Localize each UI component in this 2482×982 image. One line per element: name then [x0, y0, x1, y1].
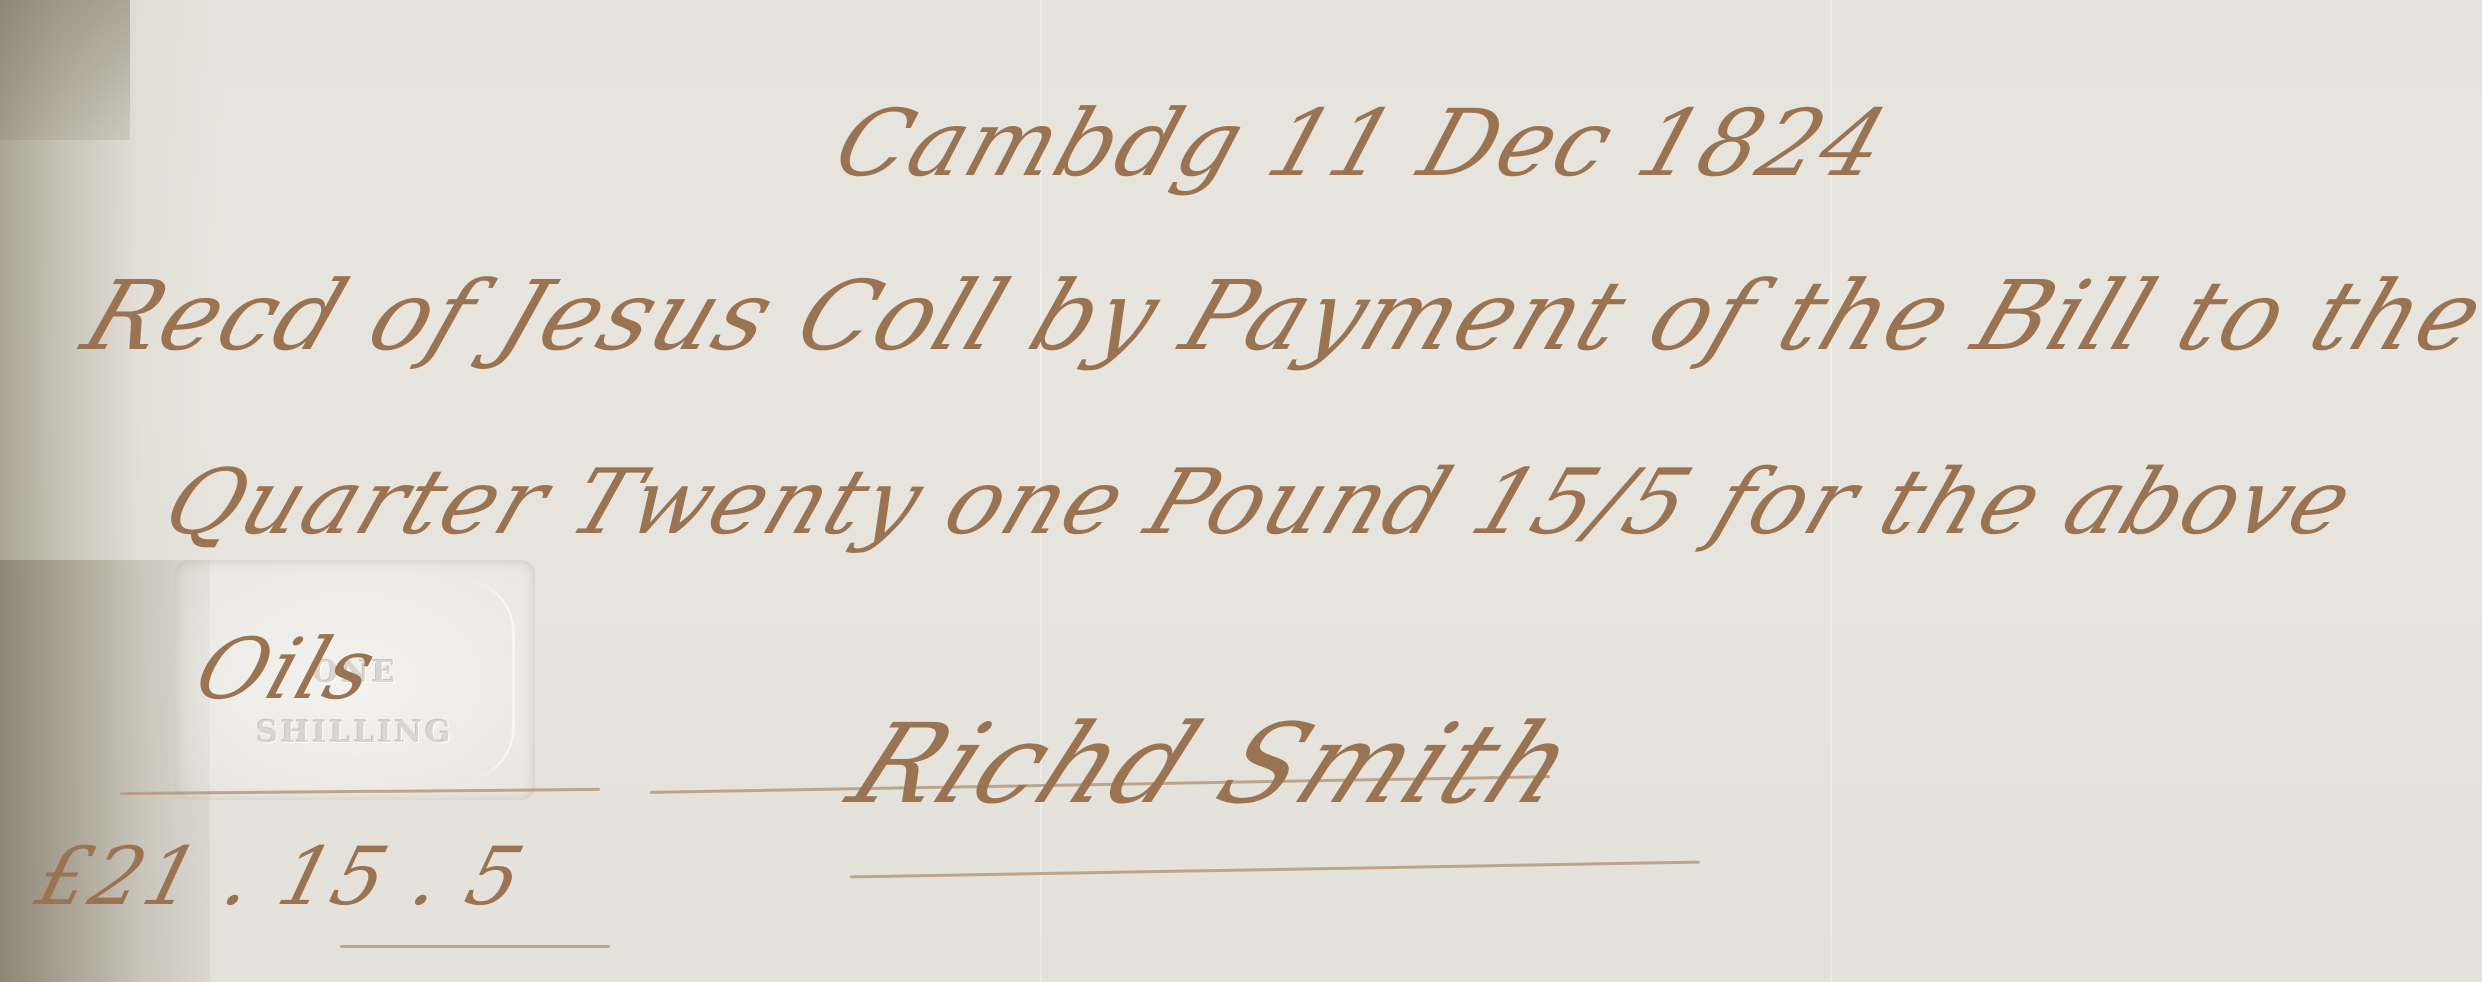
edge-stain-top — [0, 0, 130, 140]
date-line: Cambdg 11 Dec 1824 — [823, 90, 1902, 197]
amount-underline — [340, 945, 610, 948]
receipt-paper: ONE SHILLING Cambdg 11 Dec 1824 Recd of … — [0, 0, 2482, 982]
body-line-3: Oils — [184, 620, 390, 718]
body-line-1: Recd of Jesus Coll by Payment of the Bil… — [70, 260, 2482, 372]
body-line-2: Quarter Twenty one Pound 15/5 for the ab… — [151, 450, 2368, 555]
signature-underline — [850, 861, 1700, 879]
stamp-text-shilling: SHILLING — [175, 715, 535, 750]
amount-total: £21 . 15 . 5 — [28, 830, 535, 923]
signature: Richd Smith — [832, 700, 1597, 828]
